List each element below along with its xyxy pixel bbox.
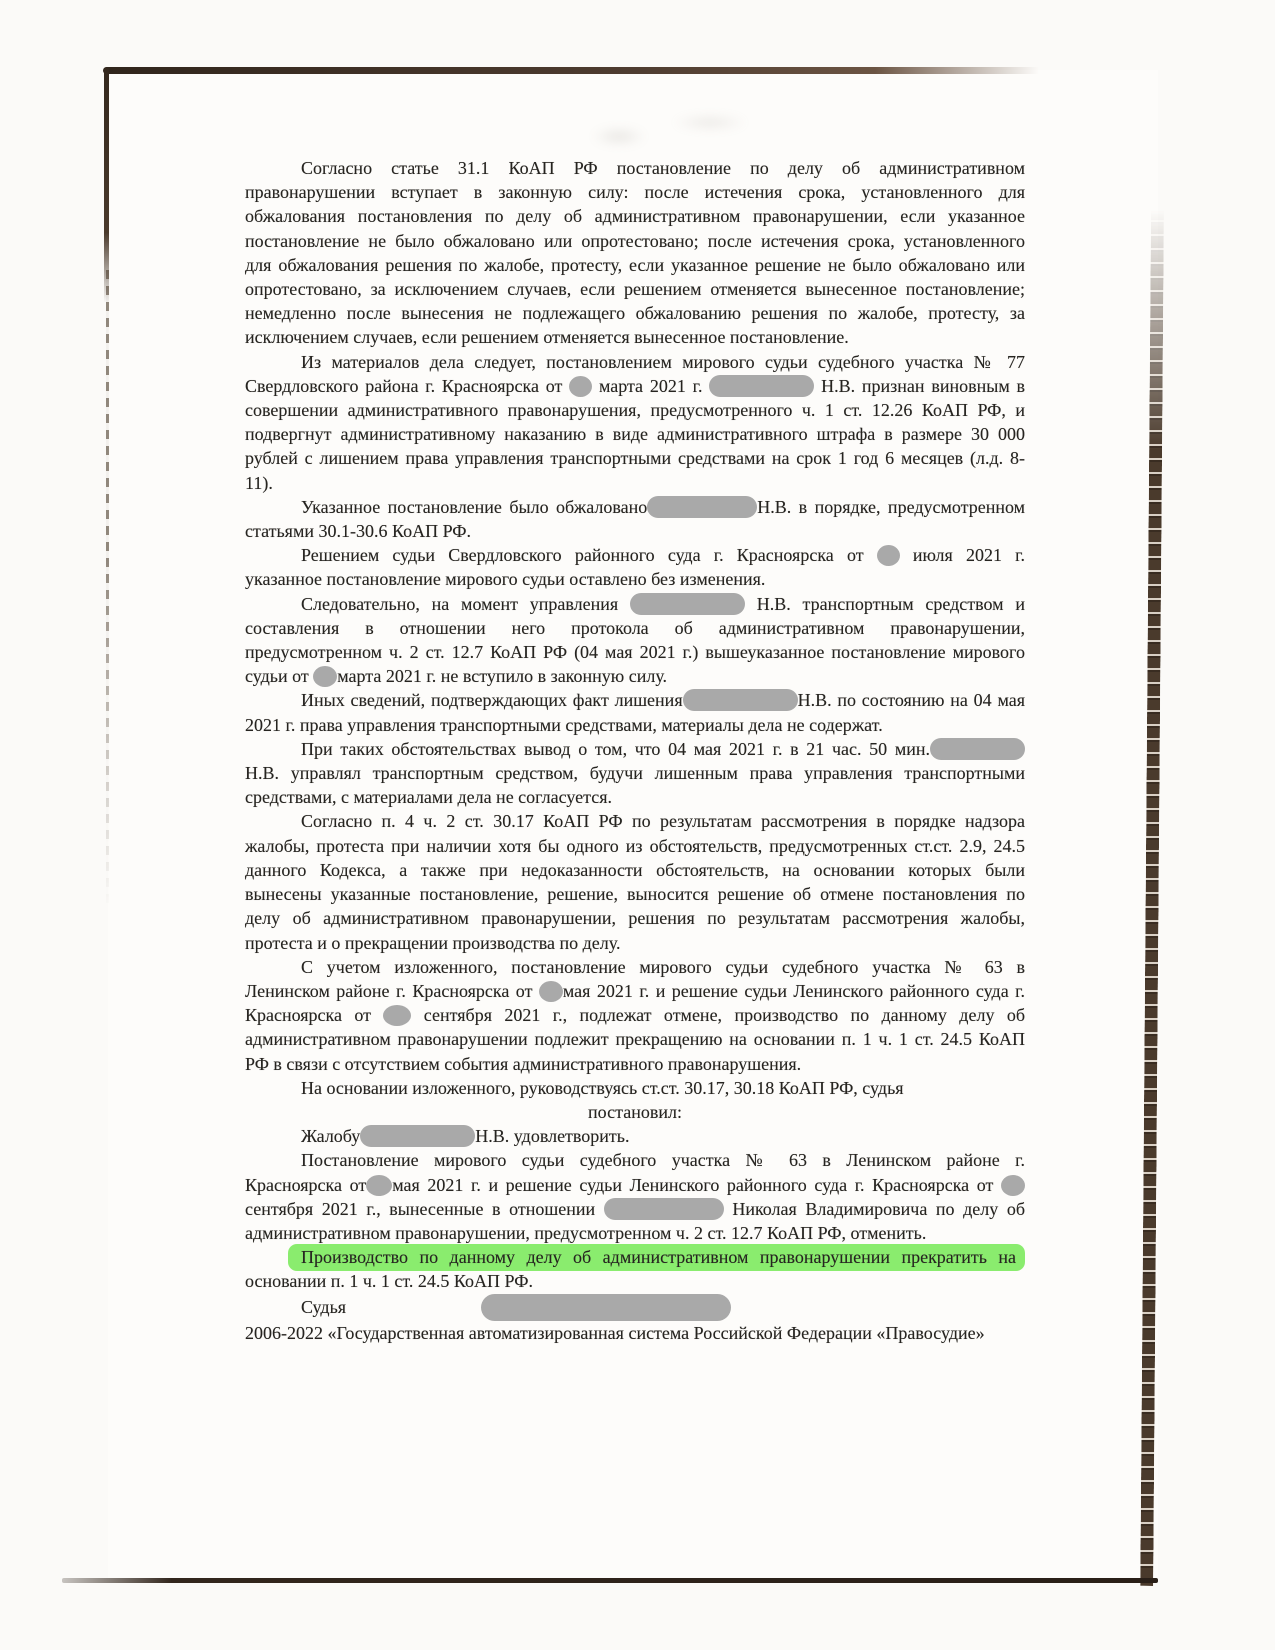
text-run: средствами, с материалами дела не соглас… — [245, 787, 612, 807]
text-line: протеста и о прекращении производства по… — [245, 931, 1025, 955]
page-edge-left — [106, 270, 109, 910]
text-run: Ленинском районе г. Красноярска от — [245, 981, 539, 1001]
text-line: немедленно после вынесения не подлежащег… — [245, 301, 1025, 325]
redaction-name-blob — [360, 1125, 475, 1147]
text-run: сентября 2021 г., подлежат отмене, произ… — [411, 1005, 1025, 1025]
redaction-name-blob — [604, 1198, 724, 1220]
para-complaint-satisfy: ЖалобуН.В. удовлетворить. — [245, 1124, 1025, 1148]
text-run: Н.В. по состоянию на 04 мая — [798, 690, 1025, 710]
text-line: вынесены указанные постановление, решени… — [245, 882, 1025, 906]
text-run: Указанное постановление было обжаловано — [301, 497, 647, 517]
text-line: средствами, с материалами дела не соглас… — [245, 785, 1025, 809]
redaction-name-blob — [930, 738, 1025, 760]
text-line: Решением судьи Свердловского районного с… — [245, 543, 1025, 567]
text-run: немедленно после вынесения не подлежащег… — [245, 303, 1025, 323]
text-line: 2006-2022 «Государственная автоматизиров… — [245, 1321, 1025, 1345]
redaction-date-blob — [366, 1175, 392, 1196]
text-run: постановил: — [588, 1102, 682, 1122]
text-line: Согласно статье 31.1 КоАП РФ постановлен… — [245, 156, 1025, 180]
text-run: административном правонарушении, предусм… — [245, 1223, 926, 1243]
text-line: Следовательно, на момент управления Н.В.… — [245, 592, 1025, 616]
redaction-date-blob — [539, 981, 563, 1002]
text-run: судьи от — [245, 666, 313, 686]
spacer — [346, 1312, 481, 1313]
text-run: При таких обстоятельствах вывод о том, ч… — [301, 739, 930, 759]
text-line: сентября 2021 г., вынесенные в отношении… — [245, 1197, 1025, 1221]
text-run: делу об административном правонарушении,… — [245, 908, 1025, 928]
para-case-materials: Из материалов дела следует, постановлени… — [245, 350, 1025, 495]
text-line: основании п. 1 ч. 1 ст. 24.5 КоАП РФ. — [245, 1269, 1025, 1293]
text-line: правонарушении вступает в законную силу:… — [245, 180, 1025, 204]
text-line: Согласно п. 4 ч. 2 ст. 30.17 КоАП РФ по … — [245, 809, 1025, 833]
text-line: Н.В. управлял транспортным средством, бу… — [245, 761, 1025, 785]
text-line: Иных сведений, подтверждающих факт лишен… — [245, 688, 1025, 712]
scanned-page: Согласно статье 31.1 КоАП РФ постановлен… — [108, 70, 1158, 1580]
text-run: Николая Владимировича по делу об — [724, 1199, 1025, 1219]
text-run: Иных сведений, подтверждающих факт лишен… — [301, 690, 683, 710]
text-line: Из материалов дела следует, постановлени… — [245, 350, 1025, 374]
page-edge-right — [1140, 210, 1164, 1586]
redaction-date-blob — [1001, 1175, 1025, 1196]
text-run: Н.В. транспортным средством и — [745, 594, 1025, 614]
text-run: административном правонарушении подлежит… — [245, 1029, 1025, 1049]
text-run: 11). — [245, 473, 273, 493]
document-body: Согласно статье 31.1 КоАП РФ постановлен… — [245, 156, 1025, 1345]
text-run: Свердловского района г. Красноярска от — [245, 376, 569, 396]
text-line: ЖалобуН.В. удовлетворить. — [245, 1124, 1025, 1148]
para-statute-30-17: Согласно п. 4 ч. 2 ст. 30.17 КоАП РФ по … — [245, 809, 1025, 954]
text-line: 11). — [245, 471, 1025, 495]
text-run: данного Кодекса, а также при недоказанно… — [245, 860, 1025, 880]
text-run: рублей с лишением права управления транс… — [245, 448, 1025, 468]
para-no-other-evidence: Иных сведений, подтверждающих факт лишен… — [245, 688, 1025, 736]
text-run: Следовательно, на момент управления — [301, 594, 630, 614]
text-run: Красноярска от — [245, 1175, 366, 1195]
text-line: обжалования постановления по делу об адм… — [245, 204, 1025, 228]
redaction-date-blob — [383, 1005, 411, 1026]
text-line: жалобы, протеста при наличии хотя бы одн… — [245, 834, 1025, 858]
text-line: постановление не было обжаловано или опр… — [245, 229, 1025, 253]
text-line: опротестовано, за исключением случаев, е… — [245, 277, 1025, 301]
text-line: Судья — [245, 1294, 1025, 1321]
text-run: сентября 2021 г., вынесенные в отношении — [245, 1199, 604, 1219]
para-judge-signature: Судья — [245, 1294, 1025, 1321]
text-line: указанное постановление мирового судьи о… — [245, 567, 1025, 591]
text-run: Красноярска от — [245, 1005, 383, 1025]
text-run: жалобы, протеста при наличии хотя бы одн… — [245, 836, 1025, 856]
text-line: данного Кодекса, а также при недоказанно… — [245, 858, 1025, 882]
page-edge-top-left-corner — [104, 68, 109, 303]
redaction-date-blob — [313, 666, 337, 687]
text-run: мая 2021 г. и решение судьи Ленинского р… — [563, 981, 1025, 1001]
text-line: исключением случаев, если решением отмен… — [245, 325, 1025, 349]
text-run: Н.В. в порядке, предусмотренном — [757, 497, 1025, 517]
highlighted-text: Производство по данному делу об админист… — [288, 1244, 1025, 1271]
text-line: составления в отношении него протокола о… — [245, 616, 1025, 640]
text-line: для обжалования решения по жалобе, проте… — [245, 253, 1025, 277]
text-line: При таких обстоятельствах вывод о том, ч… — [245, 737, 1025, 761]
text-run: марта 2021 г. не вступило в законную сил… — [337, 666, 667, 686]
text-run: предусмотренном ч. 2 ст. 12.7 КоАП РФ (0… — [245, 642, 1025, 662]
page-edge-top — [103, 67, 1068, 74]
text-run: Согласно п. 4 ч. 2 ст. 30.17 КоАП РФ по … — [301, 811, 1025, 831]
redaction-name-blob — [709, 375, 814, 397]
text-run: Согласно статье 31.1 КоАП РФ постановлен… — [301, 158, 1025, 178]
text-run: Из материалов дела следует, постановлени… — [301, 352, 1025, 372]
text-run: правонарушении вступает в законную силу:… — [245, 182, 1025, 202]
text-line: Указанное постановление было обжалованоН… — [245, 495, 1025, 519]
para-sverdlovsk-decision: Решением судьи Свердловского районного с… — [245, 543, 1025, 591]
text-line: совершении административного правонаруше… — [245, 398, 1025, 422]
para-conclusion: С учетом изложенного, постановление миро… — [245, 955, 1025, 1076]
text-run: постановление не было обжаловано или опр… — [245, 231, 1025, 251]
para-consequently: Следовательно, на момент управления Н.В.… — [245, 592, 1025, 689]
footer-gas-pravosudie: 2006-2022 «Государственная автоматизиров… — [245, 1321, 1025, 1345]
text-run: 2006-2022 «Государственная автоматизиров… — [245, 1323, 985, 1343]
redaction-name-blob — [630, 593, 745, 615]
text-run: для обжалования решения по жалобе, проте… — [245, 255, 1025, 275]
redaction-name-blob — [481, 1294, 731, 1321]
redaction-name-blob — [647, 496, 757, 518]
text-run: РФ в связи с отсутствием события админис… — [245, 1054, 801, 1074]
text-run: Н.В. управлял транспортным средством, бу… — [245, 763, 1025, 783]
text-line: С учетом изложенного, постановление миро… — [245, 955, 1025, 979]
redaction-date-blob — [877, 545, 900, 566]
text-run: составления в отношении него протокола о… — [245, 618, 1025, 638]
text-run: На основании изложенного, руководствуясь… — [301, 1078, 904, 1098]
text-line: судьи от марта 2021 г. не вступило в зак… — [245, 664, 1025, 688]
text-line: Производство по данному делу об админист… — [245, 1245, 1025, 1269]
text-line: предусмотренном ч. 2 ст. 12.7 КоАП РФ (0… — [245, 640, 1025, 664]
text-line: 2021 г. права управления транспортными с… — [245, 713, 1025, 737]
text-line: постановил: — [245, 1100, 1025, 1124]
text-run: С учетом изложенного, постановление миро… — [301, 957, 1025, 977]
text-line: Красноярска от сентября 2021 г., подлежа… — [245, 1003, 1025, 1027]
text-run: статьями 30.1-30.6 КоАП РФ. — [245, 521, 471, 541]
para-based-on: На основании изложенного, руководствуясь… — [245, 1076, 1025, 1100]
text-line: статьями 30.1-30.6 КоАП РФ. — [245, 519, 1025, 543]
text-run: обжалования постановления по делу об адм… — [245, 206, 1025, 226]
para-terminate-highlighted: Производство по данному делу об админист… — [245, 1245, 1025, 1293]
text-run: Решением судьи Свердловского районного с… — [301, 545, 877, 565]
text-run: вынесены указанные постановление, решени… — [245, 884, 1025, 904]
page-edge-bottom — [62, 1578, 1158, 1583]
line-resolved: постановил: — [245, 1100, 1025, 1124]
text-line: РФ в связи с отсутствием события админис… — [245, 1052, 1025, 1076]
text-run: марта 2021 г. — [592, 376, 709, 396]
text-run: совершении административного правонаруше… — [245, 400, 1025, 420]
para-appeal: Указанное постановление было обжалованоН… — [245, 495, 1025, 543]
text-run: указанное постановление мирового судьи о… — [245, 569, 765, 589]
text-line: На основании изложенного, руководствуясь… — [245, 1076, 1025, 1100]
text-run: исключением случаев, если решением отмен… — [245, 327, 849, 347]
text-run: Постановление мирового судьи судебного у… — [301, 1150, 1025, 1170]
text-run: июля 2021 г. — [900, 545, 1025, 565]
text-line: Свердловского района г. Красноярска от м… — [245, 374, 1025, 398]
text-run: Н.В. удовлетворить. — [475, 1126, 629, 1146]
redaction-name-blob — [683, 689, 798, 711]
text-run: опротестовано, за исключением случаев, е… — [245, 279, 1025, 299]
text-line: Постановление мирового судьи судебного у… — [245, 1148, 1025, 1172]
text-line: административном правонарушении подлежит… — [245, 1027, 1025, 1051]
text-line: Красноярска отмая 2021 г. и решение судь… — [245, 1173, 1025, 1197]
text-run: 2021 г. права управления транспортными с… — [245, 715, 883, 735]
text-line: рублей с лишением права управления транс… — [245, 446, 1025, 470]
redaction-date-blob — [569, 376, 592, 397]
text-run: мая 2021 г. и решение судьи Ленинского р… — [392, 1175, 1001, 1195]
text-line: подвергнут административному наказанию в… — [245, 422, 1025, 446]
text-run: протеста и о прекращении производства по… — [245, 933, 620, 953]
text-run: основании п. 1 ч. 1 ст. 24.5 КоАП РФ. — [245, 1271, 533, 1291]
text-line: делу об административном правонарушении,… — [245, 906, 1025, 930]
text-run: подвергнут административному наказанию в… — [245, 424, 1025, 444]
text-run: Н.В. признан виновным в — [814, 376, 1025, 396]
text-line: административном правонарушении, предусм… — [245, 1221, 1025, 1245]
text-run: Жалобу — [301, 1126, 360, 1146]
para-statute-31-1: Согласно статье 31.1 КоАП РФ постановлен… — [245, 156, 1025, 350]
text-line: Ленинском районе г. Красноярска от мая 2… — [245, 979, 1025, 1003]
para-cancel-decisions: Постановление мирового судьи судебного у… — [245, 1148, 1025, 1245]
para-circumstances: При таких обстоятельствах вывод о том, ч… — [245, 737, 1025, 810]
text-run: Судья — [301, 1297, 346, 1317]
